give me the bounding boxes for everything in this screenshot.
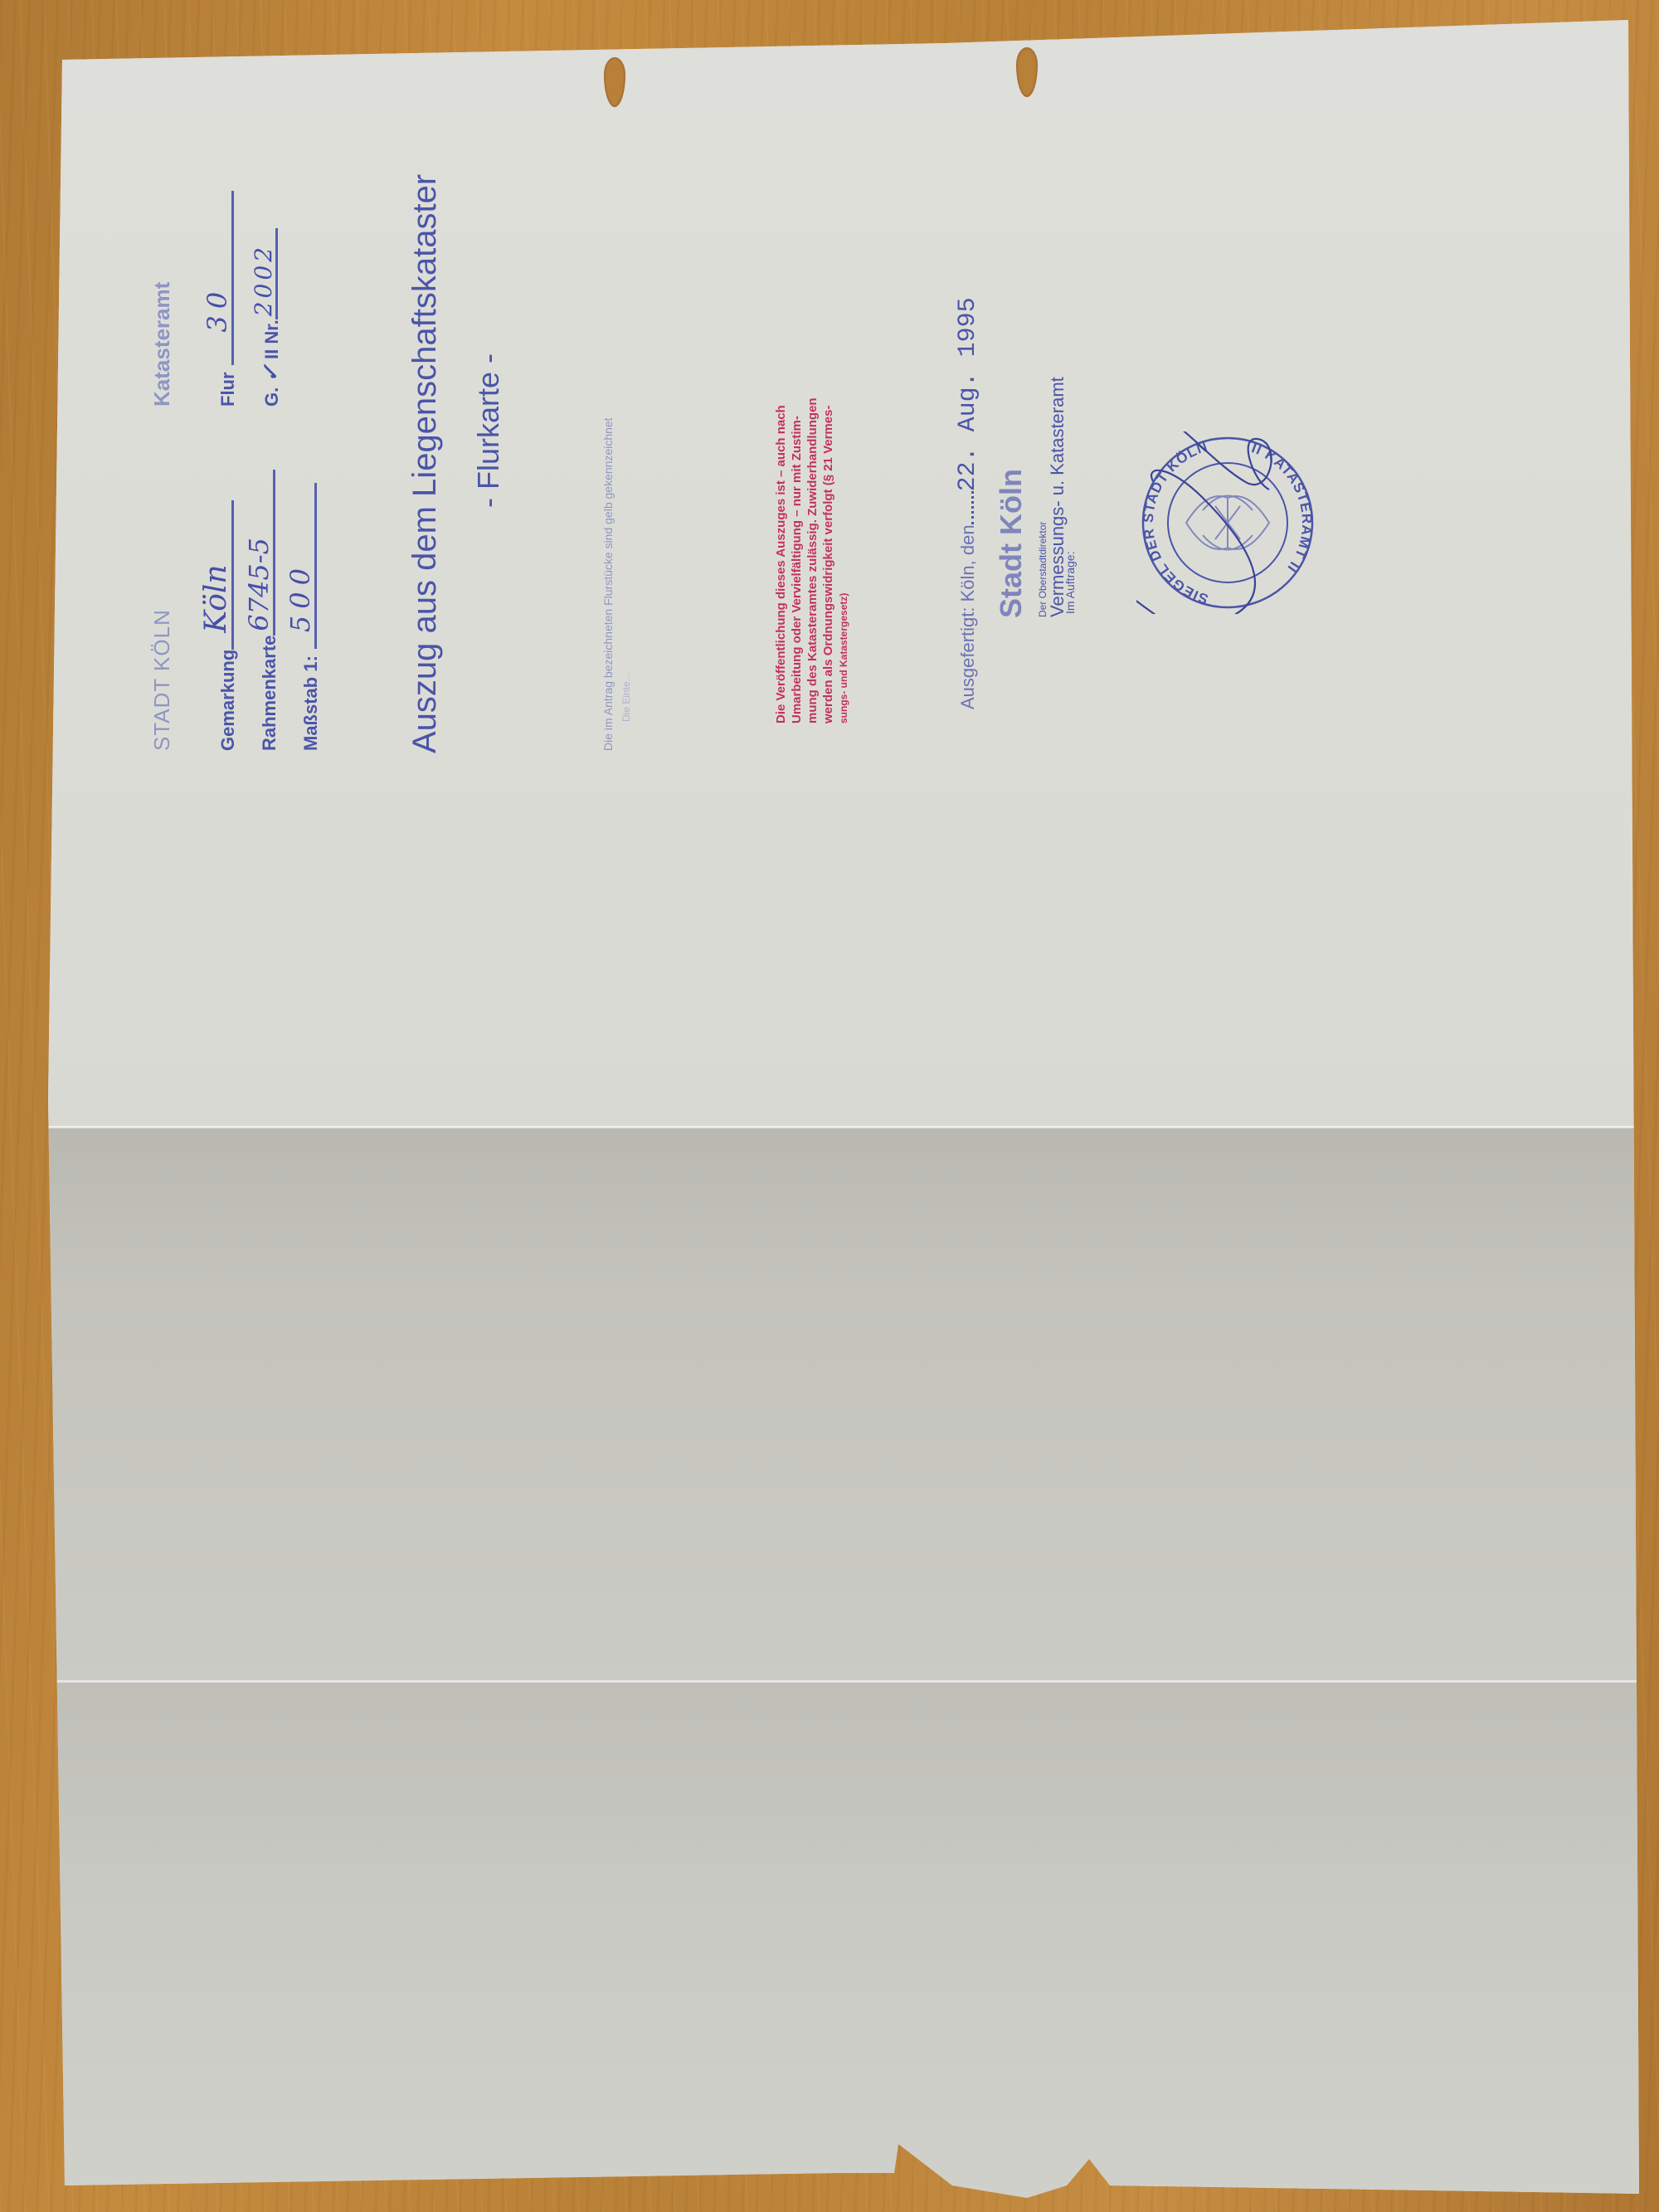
field-label: Rahmenkarte xyxy=(259,636,280,751)
field-value: 500 xyxy=(285,562,316,632)
field-label: G. xyxy=(261,387,282,407)
field-label: Gemarkung xyxy=(217,650,238,751)
checkmark: ✓ xyxy=(259,364,284,382)
field-rahmenkarte: Rahmenkarte6745-5 xyxy=(259,470,280,751)
warning-line: werden als Ordnungswidrigkeit verfolgt (… xyxy=(820,397,836,724)
field-line: 2002 xyxy=(275,228,278,319)
field-label: Flur xyxy=(217,372,238,407)
note-line-2: Die Einte... xyxy=(620,673,632,722)
middle-panel xyxy=(48,1128,1641,1682)
fold-line xyxy=(48,1680,1641,1683)
cadastral-document-sheet xyxy=(48,20,1641,2202)
issued-label: Ausgefertigt: Köln, den xyxy=(957,524,978,709)
svg-text:II KATASTERAMT II: II KATASTERAMT II xyxy=(1249,440,1315,576)
issued-place: Ausgefertigt: Köln, den22. Aug. 1995 xyxy=(954,297,982,709)
bottom-panel xyxy=(48,1682,1641,2212)
stamp-city: Stadt Köln xyxy=(994,469,1029,618)
warning-line: mung des Katasteramtes zulässig. Zuwider… xyxy=(805,397,820,724)
field-line: 500 xyxy=(314,483,317,649)
coat-of-arms-icon xyxy=(1186,496,1269,550)
field-label: Maßstab 1: xyxy=(300,655,321,751)
warning-line: Umarbeitung oder Vervielfältigung – nur … xyxy=(789,397,805,724)
field-massstab: Maßstab 1:500 xyxy=(300,483,322,751)
warning-line: Die Veröffentlichung dieses Auszuges ist… xyxy=(773,397,789,724)
office-header: Katasteramt xyxy=(149,282,175,407)
note-marked-parcels: Die im Antrag bezeichneten Flurstücke si… xyxy=(601,417,615,751)
field-value: 6745-5 xyxy=(243,538,275,631)
field-line: 30 xyxy=(231,191,234,365)
document-subtitle: - Flurkarte - xyxy=(471,353,506,508)
publication-warning: Die Veröffentlichung dieses Auszuges ist… xyxy=(773,397,852,724)
field-value: 2002 xyxy=(250,244,277,316)
field-flur: Flur30 xyxy=(217,191,239,407)
field-label: II Nr. xyxy=(261,319,282,359)
field-gemarkung: GemarkungKöln xyxy=(217,500,239,751)
field-gnr: G.✓II Nr.2002 xyxy=(259,228,284,407)
field-line: 6745-5 xyxy=(273,470,275,636)
dotted-line xyxy=(971,491,974,524)
fold-line xyxy=(48,1126,1641,1128)
issue-date: 22. Aug. 1995 xyxy=(954,297,982,491)
document-title: Auszug aus dem Liegenschaftskataster xyxy=(406,174,444,753)
stamp-on-behalf: Im Auftrage: xyxy=(1063,552,1077,614)
field-value: 30 xyxy=(202,285,233,333)
warning-line: sungs- und Katastergesetz) xyxy=(836,397,852,724)
city-header: STADT KÖLN xyxy=(149,609,175,751)
city-seal: SIEGEL DER STADT KÖLN II KATASTERAMT II xyxy=(1136,431,1319,614)
svg-text:SIEGEL DER STADT KÖLN: SIEGEL DER STADT KÖLN xyxy=(1141,438,1210,607)
field-line: Köln xyxy=(231,500,234,650)
seal-text-right: II KATASTERAMT II xyxy=(1249,440,1315,576)
seal-text-left: SIEGEL DER STADT KÖLN xyxy=(1141,438,1210,607)
field-value: Köln xyxy=(199,564,233,632)
signature xyxy=(1136,431,1272,614)
